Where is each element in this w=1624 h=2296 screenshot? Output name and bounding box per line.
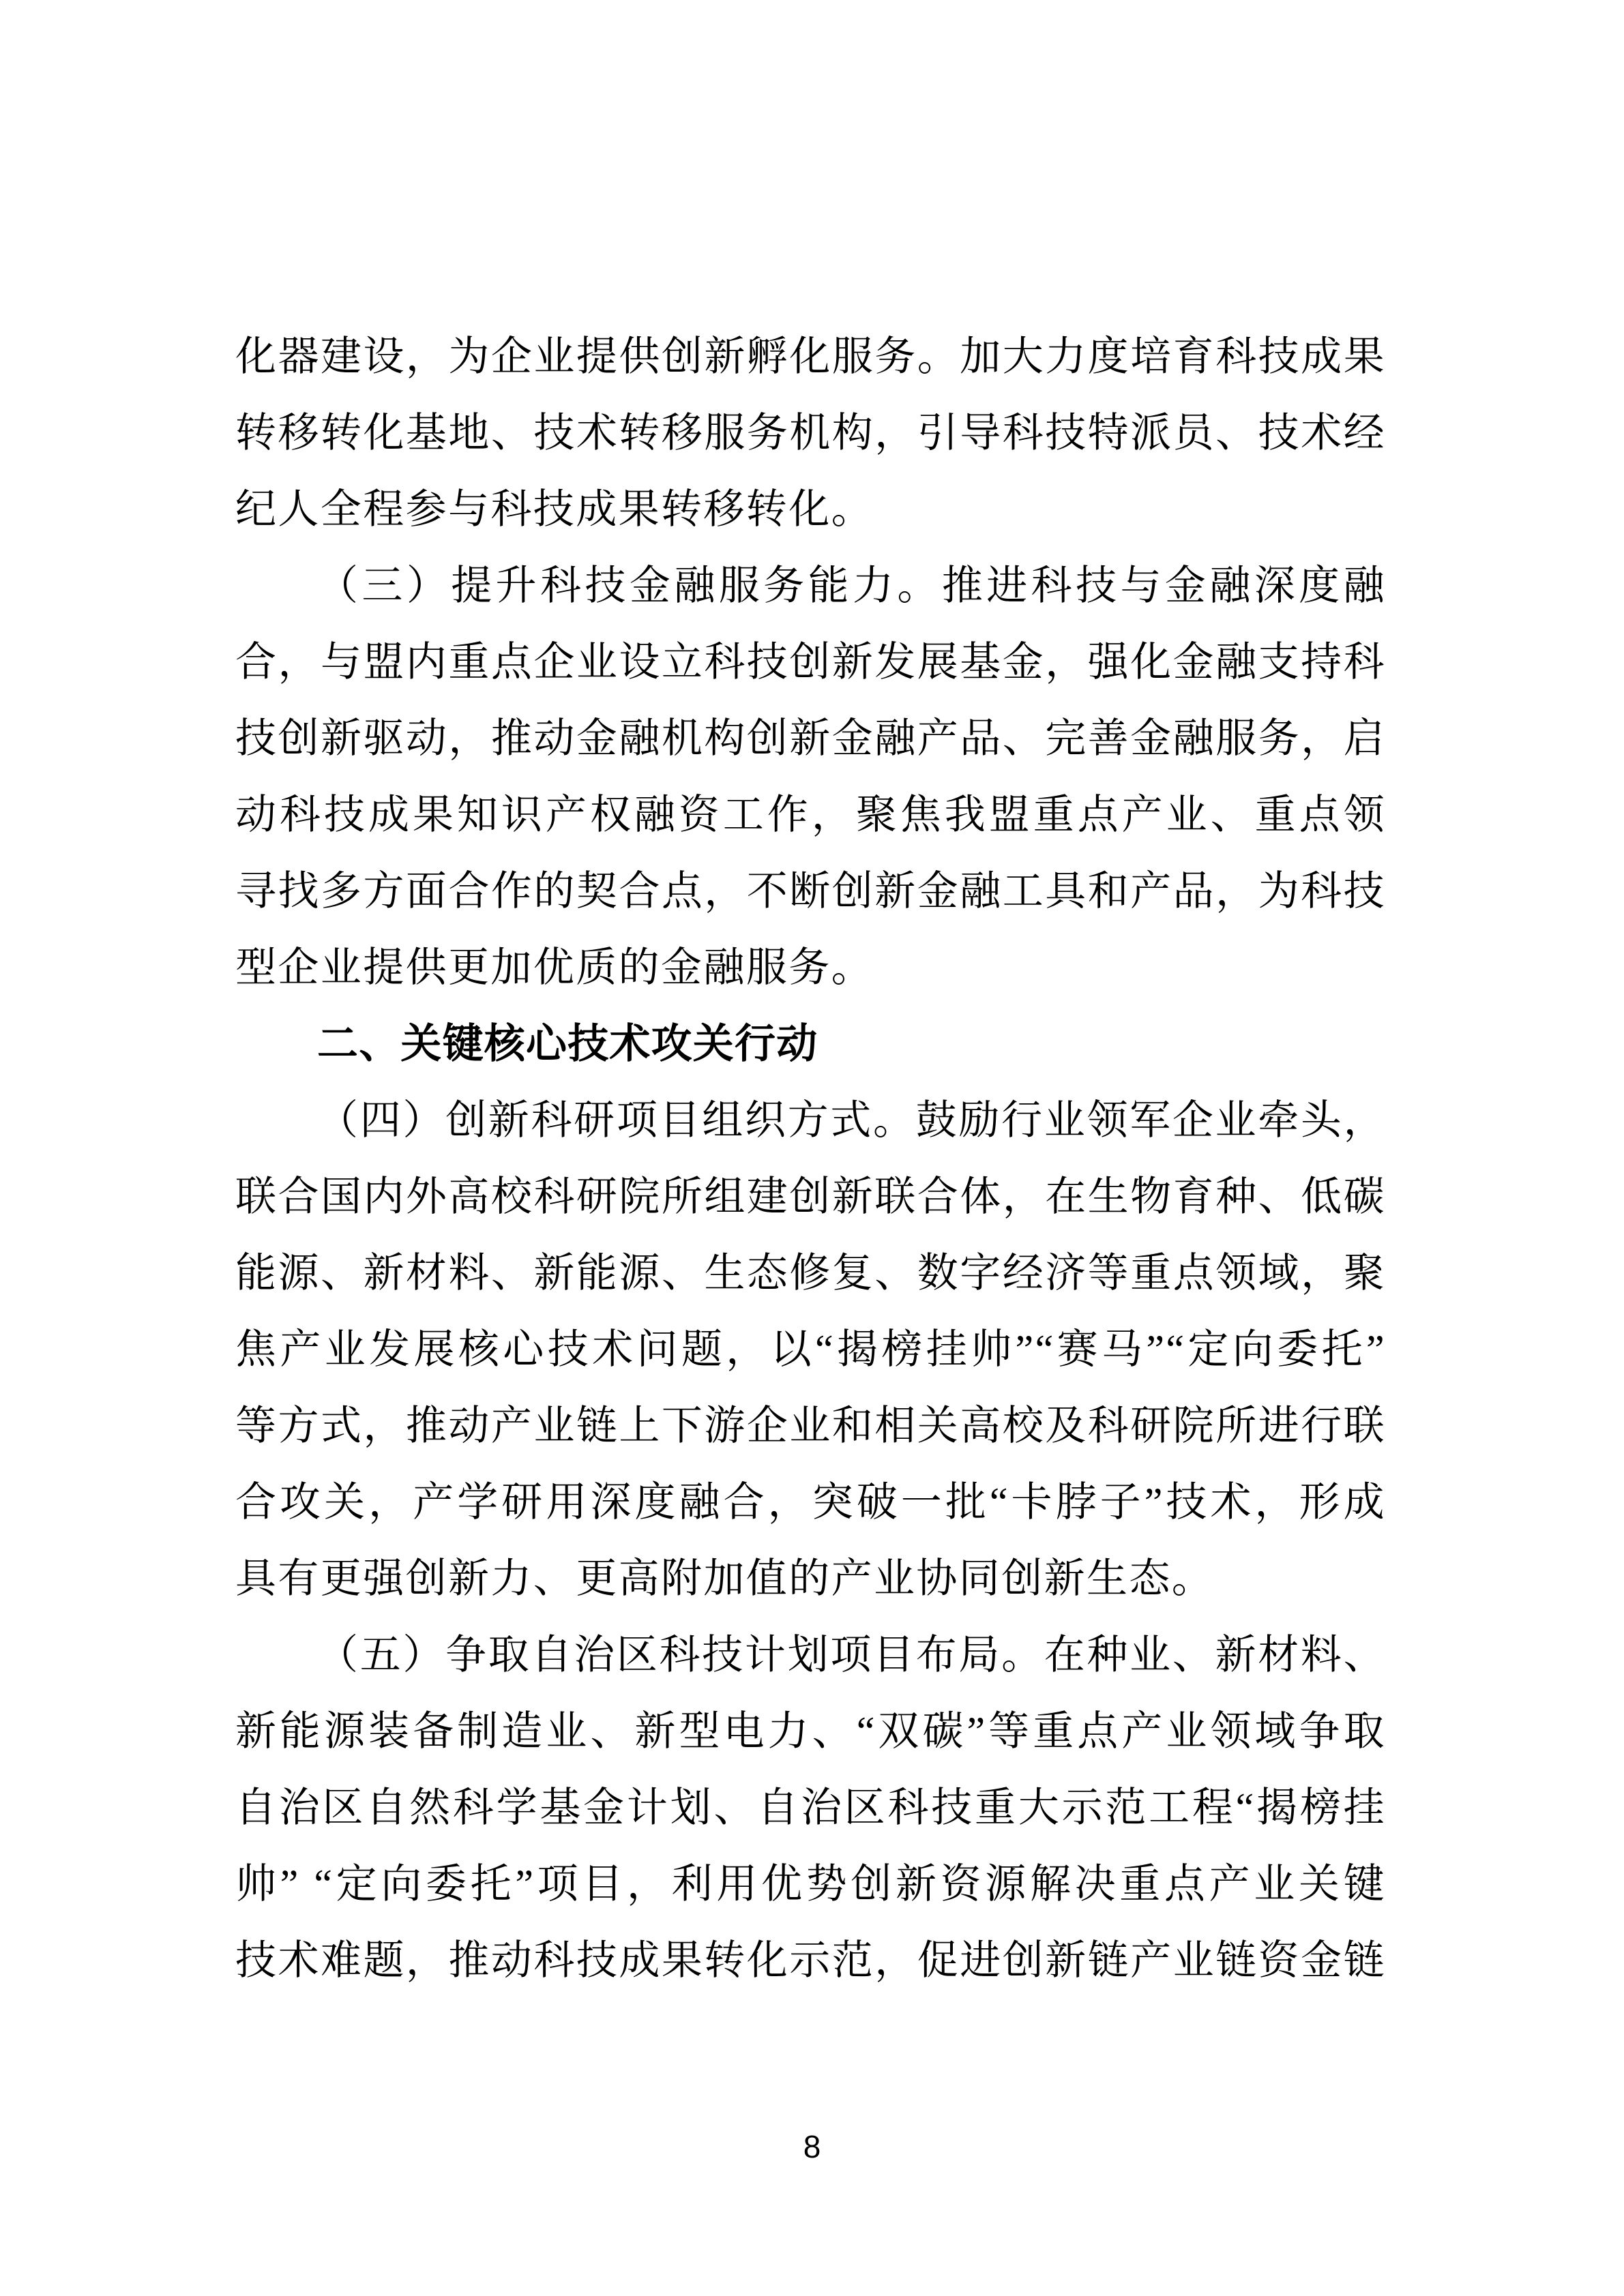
text-line: 合攻关，产学研用深度融合，突破一批“卡脖子”技术，形成 (235, 1464, 1386, 1540)
section-heading: 二、关键核心技术攻关行动 (235, 1006, 1386, 1082)
text-line: 技术难题，推动科技成果转化示范，促进创新链产业链资金链 (235, 1922, 1386, 1999)
text-line: （三）提升科技金融服务能力。推进科技与金融深度融 (235, 548, 1386, 624)
text-line: 帅” “定向委托”项目，利用优势创新资源解决重点产业关键 (235, 1846, 1386, 1922)
text-line: 自治区自然科学基金计划、自治区科技重大示范工程“揭榜挂 (235, 1770, 1386, 1846)
text-line: 型企业提供更加优质的金融服务。 (235, 929, 1386, 1006)
page-number: 8 (0, 2126, 1624, 2167)
text-line: （五）争取自治区科技计划项目布局。在种业、新材料、 (235, 1617, 1386, 1693)
document-body: 化器建设，为企业提供创新孵化服务。加大力度培育科技成果 转移转化基地、技术转移服… (235, 318, 1386, 1999)
text-line: （四）创新科研项目组织方式。鼓励行业领军企业牵头， (235, 1082, 1386, 1159)
text-line: 具有更强创新力、更高附加值的产业协同创新生态。 (235, 1540, 1386, 1617)
text-line: 动科技成果知识产权融资工作，聚焦我盟重点产业、重点领域， (235, 777, 1386, 853)
text-line: 转移转化基地、技术转移服务机构，引导科技特派员、技术经 (235, 395, 1386, 471)
text-line: 新能源装备制造业、新型电力、“双碳”等重点产业领域争取 (235, 1693, 1386, 1770)
text-line: 技创新驱动，推动金融机构创新金融产品、完善金融服务，启 (235, 700, 1386, 777)
text-line: 寻找多方面合作的契合点，不断创新金融工具和产品，为科技 (235, 853, 1386, 929)
text-line: 联合国内外高校科研院所组建创新联合体，在生物育种、低碳 (235, 1159, 1386, 1235)
text-line: 能源、新材料、新能源、生态修复、数字经济等重点领域，聚 (235, 1235, 1386, 1311)
document-page: 化器建设，为企业提供创新孵化服务。加大力度培育科技成果 转移转化基地、技术转移服… (0, 0, 1624, 2296)
text-line: 合，与盟内重点企业设立科技创新发展基金，强化金融支持科 (235, 624, 1386, 700)
text-line: 化器建设，为企业提供创新孵化服务。加大力度培育科技成果 (235, 318, 1386, 395)
text-line: 纪人全程参与科技成果转移转化。 (235, 471, 1386, 548)
text-line: 焦产业发展核心技术问题，以“揭榜挂帅”“赛马”“定向委托” (235, 1311, 1386, 1388)
text-line: 等方式，推动产业链上下游企业和相关高校及科研院所进行联 (235, 1388, 1386, 1464)
